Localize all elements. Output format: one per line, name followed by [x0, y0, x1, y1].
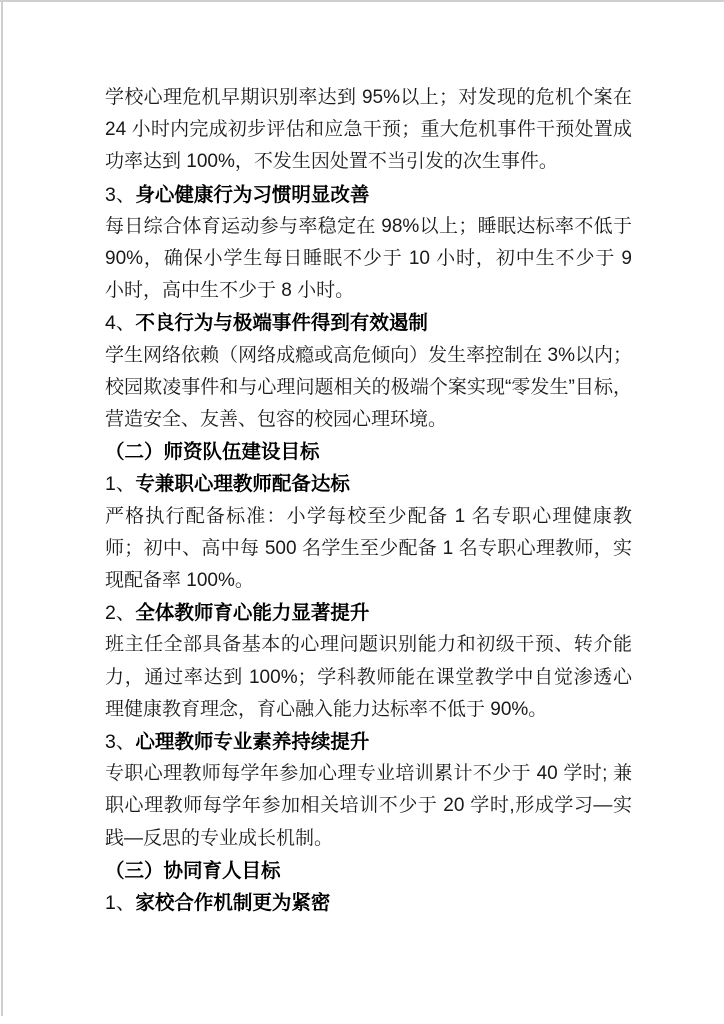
heading-text: 心理教师专业素养持续提升	[135, 731, 369, 753]
heading-number: 4、	[105, 312, 135, 334]
body-paragraph: 学生网络依赖（网络成瘾或高危倾向）发生率控制在 3%以内；校园欺凌事件和与心理问…	[105, 340, 632, 437]
page-left-edge	[1, 0, 3, 1016]
heading-text: 不良行为与极端事件得到有效遏制	[135, 312, 428, 334]
section-heading: （三）协同育人目标	[105, 855, 632, 887]
heading-number: 1、	[105, 892, 135, 914]
heading-number: 1、	[105, 473, 135, 495]
document-page: 学校心理危机早期识别率达到 95%以上；对发现的危机个案在 24 小时内完成初步…	[0, 0, 724, 1024]
heading-text: 专兼职心理教师配备达标	[135, 473, 350, 495]
body-paragraph: 班主任全部具备基本的心理问题识别能力和初级干预、转介能力，通过率达到 100%；…	[105, 629, 632, 726]
heading-text: 全体教师育心能力显著提升	[135, 602, 369, 624]
numbered-heading: 3、心理教师专业素养持续提升	[105, 726, 632, 758]
numbered-heading: 3、身心健康行为习惯明显改善	[105, 179, 632, 211]
document-content: 学校心理危机早期识别率达到 95%以上；对发现的危机个案在 24 小时内完成初步…	[105, 82, 632, 919]
page-top-edge	[0, 0, 724, 2]
heading-number: 3、	[105, 731, 135, 753]
body-paragraph: 每日综合体育运动参与率稳定在 98%以上；睡眠达标率不低于 90%，确保小学生每…	[105, 211, 632, 308]
body-paragraph: 学校心理危机早期识别率达到 95%以上；对发现的危机个案在 24 小时内完成初步…	[105, 82, 632, 179]
heading-text: 家校合作机制更为紧密	[135, 892, 330, 914]
numbered-heading: 2、全体教师育心能力显著提升	[105, 597, 632, 629]
numbered-heading: 4、不良行为与极端事件得到有效遏制	[105, 307, 632, 339]
body-paragraph: 专职心理教师每学年参加心理专业培训累计不少于 40 学时; 兼职心理教师每学年参…	[105, 758, 632, 855]
numbered-heading: 1、专兼职心理教师配备达标	[105, 468, 632, 500]
body-paragraph: 严格执行配备标准：小学每校至少配备 1 名专职心理健康教师；初中、高中每 500…	[105, 501, 632, 598]
heading-text: 身心健康行为习惯明显改善	[135, 184, 369, 206]
numbered-heading: 1、家校合作机制更为紧密	[105, 887, 632, 919]
section-heading: （二）师资队伍建设目标	[105, 436, 632, 468]
heading-number: 3、	[105, 184, 135, 206]
heading-number: 2、	[105, 602, 135, 624]
